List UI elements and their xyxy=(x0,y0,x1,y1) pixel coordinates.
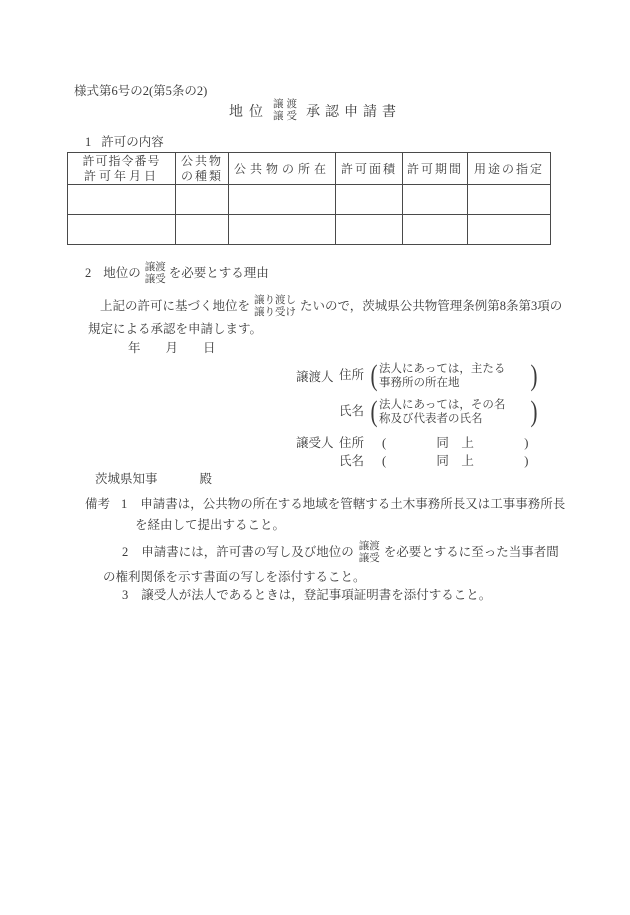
address-label: 住所 xyxy=(339,368,364,384)
form-number: 様式第6号の2(第5条の2) xyxy=(74,84,207,100)
statement-post: たいので，茨城県公共物管理条例第8条第3項の xyxy=(300,299,562,315)
statement-pre: 上記の許可に基づく地位を xyxy=(100,299,250,315)
table-cell-empty xyxy=(403,215,468,245)
addressee-honorific: 殿 xyxy=(200,472,213,486)
title-stack-bottom: 譲受 xyxy=(273,111,300,123)
ditto-text: 同 上 xyxy=(386,454,524,470)
table-row xyxy=(68,185,551,215)
notes-item1-line2: を経由して提出すること。 xyxy=(135,518,285,534)
table-cell-empty xyxy=(68,215,176,245)
section1-heading-text: 許可の内容 xyxy=(101,135,164,149)
section1-number: 1 xyxy=(85,135,91,149)
open-paren: ( xyxy=(371,362,378,390)
section2-pre: 地位の xyxy=(103,266,141,282)
table-cell-empty xyxy=(403,185,468,215)
table-cell-empty xyxy=(176,185,229,215)
date-line: 年 月 日 xyxy=(128,341,216,357)
table-cell-empty xyxy=(336,185,403,215)
open-paren: ( xyxy=(371,398,378,426)
notes-item3: 3譲受人が法人であるときは，登記事項証明書を添付すること。 xyxy=(122,588,491,604)
table-cell-empty xyxy=(176,215,229,245)
note3-text: 譲受人が法人であるときは，登記事項証明書を添付すること。 xyxy=(141,588,491,602)
notes-item1-line1: 備考1申請書は，公共物の所在する地域を管轄する土木事務所長又は工事事務所長 xyxy=(85,497,565,513)
name-label: 氏名 xyxy=(339,404,364,420)
close-paren: ) xyxy=(531,362,538,390)
col-permit-area: 許可面積 xyxy=(336,153,403,185)
col-property-type: 公共物 の種類 xyxy=(176,153,229,185)
note3-number: 3 xyxy=(122,588,128,602)
table-cell-empty xyxy=(336,215,403,245)
title-stack-top: 譲渡 xyxy=(273,99,300,111)
note1-text: 申請書は，公共物の所在する地域を管轄する土木事務所長又は工事事務所長 xyxy=(140,497,565,511)
section2-number: 2 xyxy=(85,266,91,282)
transferor-address-row: 住所 ( 法人にあっては，主たる 事務所の所在地 ) xyxy=(339,361,539,391)
col-permit-number: 許可指令番号 許可年月日 xyxy=(68,153,176,185)
notes-item2-line1: 2 申請書には，許可書の写し及び地位の 譲渡 譲受 を必要とするに至った当事者間 xyxy=(122,540,559,566)
note2-post: を必要とするに至った当事者間 xyxy=(384,545,559,561)
name-note: 法人にあっては，その名 称及び代表者の氏名 xyxy=(379,398,529,426)
notes-item2-line2: の権利関係を示す書面の写しを添付すること。 xyxy=(103,570,366,586)
title-part2: 承認申請書 xyxy=(306,101,401,121)
col-permit-period: 許可期間 xyxy=(403,153,468,185)
col-property-location: 公共物の所在 xyxy=(229,153,336,185)
close-paren: ) xyxy=(524,454,528,470)
document-title: 地位 譲渡 譲受 承認申請書 xyxy=(0,99,630,123)
name-note-bracket: ( 法人にあっては，その名 称及び代表者の氏名 ) xyxy=(369,398,539,426)
table-cell-empty xyxy=(68,185,176,215)
addressee-name: 茨城県知事 xyxy=(95,472,158,486)
title-part1: 地位 xyxy=(229,101,269,121)
ditto-text: 同 上 xyxy=(386,436,524,452)
document-page: 様式第6号の2(第5条の2) 地位 譲渡 譲受 承認申請書 1許可の内容 許可指… xyxy=(0,0,630,915)
table-row xyxy=(68,215,551,245)
notes-label: 備考 xyxy=(85,497,110,511)
address-note: 法人にあっては，主たる 事務所の所在地 xyxy=(379,362,529,390)
permit-table-header-row: 許可指令番号 許可年月日 公共物 の種類 公共物の所在 許可面積 許可期間 用途… xyxy=(68,153,551,185)
application-statement-line2: 規定による承認を申請します。 xyxy=(88,322,262,338)
table-cell-empty xyxy=(229,215,336,245)
application-statement-line1: 上記の許可に基づく地位を 譲り渡し 譲り受け たいので，茨城県公共物管理条例第8… xyxy=(100,294,562,320)
address-label: 住所 xyxy=(339,436,364,452)
address-note-bracket: ( 法人にあっては，主たる 事務所の所在地 ) xyxy=(369,362,539,390)
transferor-name-row: 氏名 ( 法人にあっては，その名 称及び代表者の氏名 ) xyxy=(339,397,539,427)
note1-number: 1 xyxy=(121,497,127,511)
addressee-line: 茨城県知事殿 xyxy=(95,472,212,488)
section2-stack: 譲渡 譲受 xyxy=(145,262,166,286)
note2-number: 2 xyxy=(122,545,128,561)
statement-stack: 譲り渡し 譲り受け xyxy=(254,295,296,319)
table-cell-empty xyxy=(468,215,551,245)
close-paren: ) xyxy=(524,436,528,452)
transferee-address-row: 住所 ( 同 上 ) xyxy=(339,436,528,452)
table-cell-empty xyxy=(468,185,551,215)
section2-post: を必要とする理由 xyxy=(169,266,269,282)
transferee-label: 譲受人 xyxy=(296,436,334,452)
transferee-name-row: 氏名 ( 同 上 ) xyxy=(339,454,528,470)
col-use-designation: 用途の指定 xyxy=(468,153,551,185)
title-stack: 譲渡 譲受 xyxy=(273,99,300,123)
close-paren: ) xyxy=(531,398,538,426)
note2-pre: 申請書には，許可書の写し及び地位の xyxy=(141,545,354,561)
note2-stack: 譲渡 譲受 xyxy=(359,541,380,565)
transferor-label: 譲渡人 xyxy=(296,370,334,386)
name-label: 氏名 xyxy=(339,454,364,470)
section1-heading: 1許可の内容 xyxy=(85,135,164,151)
permit-table: 許可指令番号 許可年月日 公共物 の種類 公共物の所在 許可面積 許可期間 用途… xyxy=(67,152,551,245)
table-cell-empty xyxy=(229,185,336,215)
section2-heading: 2 地位の 譲渡 譲受 を必要とする理由 xyxy=(85,261,269,287)
